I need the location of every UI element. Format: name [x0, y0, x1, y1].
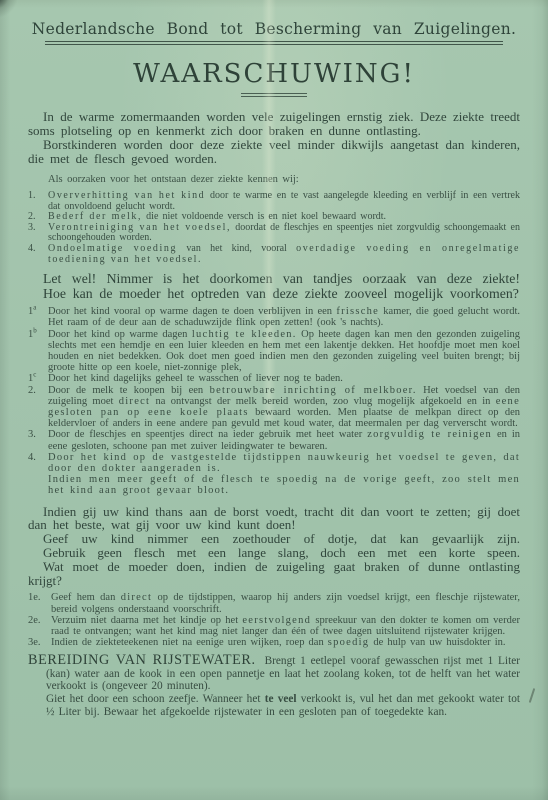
- item-marker: 3e.: [28, 637, 41, 648]
- recipe-text: Giet het door een schoon zeefje. Wanneer…: [46, 693, 265, 705]
- prevention-text: Door het kind vooral op warme dagen te d…: [48, 306, 336, 317]
- step-text: Verzuim niet daarna met het kindje op he…: [51, 615, 242, 626]
- step-emphasis: direct: [121, 592, 152, 603]
- sick-step-item: 2e. Verzuim niet daarna met het kindje o…: [28, 615, 520, 637]
- prevention-emphasis: frissche: [336, 306, 379, 317]
- prevention-item: 1a Door het kind vooral op warme dagen t…: [28, 306, 520, 328]
- recipe-emphasis: te veel: [265, 693, 297, 705]
- item-marker: 1c: [28, 373, 36, 384]
- cause-item: 1. Oververhitting van het kind door te w…: [28, 191, 520, 212]
- cause-text: die niet voldoende versch is en niet koe…: [142, 211, 386, 222]
- advice-paragraph: Gebruik geen flesch met een lange slang,…: [28, 546, 520, 560]
- causes-lead-in: Als oorzaken voor het ontstaan dezer zie…: [28, 174, 520, 186]
- prevention-item: 4. Door het kind op de vastgestelde tijd…: [28, 452, 520, 497]
- item-marker: 1b: [28, 329, 37, 340]
- intro-paragraph: Borstkinderen worden door deze ziekte ve…: [28, 138, 520, 166]
- title-double-rule: [241, 93, 307, 97]
- let-wel-line: Let wel! Nimmer is het doorkomen van tan…: [28, 271, 520, 286]
- advice-section: Indien gij uw kind thans aan de borst vo…: [28, 505, 520, 588]
- page-title: WAARSCHUWING!: [28, 59, 520, 89]
- prevention-text: Door het kind op warme dagen: [48, 329, 192, 340]
- recipe-section: BEREIDING VAN RIJSTEWATER.Brengt 1 eetle…: [28, 654, 520, 717]
- step-text: de hulp van uw huisdokter in.: [369, 637, 505, 648]
- item-marker: 3.: [28, 429, 36, 440]
- intro-section: In de warme zomermaanden worden vele zui…: [28, 110, 520, 166]
- item-marker: 4.: [28, 244, 36, 255]
- cause-item: 3. Verontreiniging van het voedsel, door…: [28, 223, 520, 244]
- sick-step-item: 3e. Indien de ziekteteekenen niet na een…: [28, 637, 520, 648]
- step-emphasis: eerstvolgend: [242, 615, 311, 626]
- cause-emphasis: Bederf der melk,: [48, 211, 142, 222]
- advice-paragraph: Geef uw kind nimmer een zoethouder of do…: [28, 532, 520, 546]
- prevention-item: 1c Door het kind dagelijks geheel te was…: [28, 373, 520, 384]
- sick-step-item: 1e. Geef hem dan direct op de tijdstippe…: [28, 592, 520, 614]
- recipe-heading: BEREIDING VAN RIJSTEWATER.: [28, 652, 256, 668]
- cause-text: van het kind, vooral: [177, 243, 296, 254]
- org-name: Nederlandsche Bond tot Bescherming van Z…: [28, 20, 520, 38]
- prevention-emphasis: Indien men meer geeft of de flesch te sp…: [48, 474, 520, 496]
- item-marker: 2.: [28, 385, 36, 396]
- prevention-question: Hoe kan de moeder het optreden van deze …: [28, 286, 520, 301]
- step-emphasis: spoedig: [328, 637, 369, 648]
- prevention-text: na ontvangst der melk bereid worden, zoo…: [150, 396, 496, 407]
- item-marker: 1e.: [28, 592, 41, 603]
- prevention-text: Door de fleschjes en speentjes direct na…: [48, 429, 367, 440]
- intro-paragraph: In de warme zomermaanden worden vele zui…: [28, 110, 520, 138]
- cause-emphasis: Oververhitting van het kind: [48, 190, 205, 201]
- step-text: Indien de ziekteteekenen niet na eenige …: [51, 637, 328, 648]
- prevention-item: 3. Door de fleschjes en speentjes direct…: [28, 429, 520, 451]
- recipe-paragraph: BEREIDING VAN RIJSTEWATER.Brengt 1 eetle…: [28, 654, 520, 692]
- prevention-emphasis: zorgvuldig te reinigen: [367, 429, 492, 440]
- item-marker: 3.: [28, 223, 36, 234]
- prevention-item: 1b Door het kind op warme dagen luchtig …: [28, 329, 520, 374]
- org-name-double-rule: [45, 41, 503, 45]
- step-text: Geef hem dan: [51, 592, 121, 603]
- page-content: Nederlandsche Bond tot Bescherming van Z…: [0, 0, 548, 718]
- causes-list: 1. Oververhitting van het kind door te w…: [28, 191, 520, 265]
- advice-paragraph: Indien gij uw kind thans aan de borst vo…: [28, 505, 520, 533]
- item-marker: 1a: [28, 306, 36, 317]
- cause-emphasis: Ondoelmatige voeding: [48, 243, 177, 254]
- cause-emphasis: Verontreiniging van het voedsel,: [48, 222, 231, 233]
- prevention-emphasis: direct: [119, 396, 150, 407]
- sick-question: Wat moet de moeder doen, indien de zuige…: [28, 560, 520, 588]
- prevention-text: Door de melk te koopen bij een: [48, 385, 210, 396]
- prevention-item: 2. Door de melk te koopen bij een betrou…: [28, 385, 520, 430]
- masthead: Nederlandsche Bond tot Bescherming van Z…: [28, 20, 520, 97]
- leaflet-page: Nederlandsche Bond tot Bescherming van Z…: [0, 0, 548, 800]
- prevention-text: Door het kind dagelijks geheel te wassch…: [48, 373, 343, 384]
- prevention-emphasis: Door het kind op de vastgestelde tijdsti…: [48, 452, 520, 474]
- prevention-list: 1a Door het kind vooral op warme dagen t…: [28, 306, 520, 496]
- prevention-emphasis: betrouwbare inrichting of melkboer.: [210, 385, 417, 396]
- item-marker: 4.: [28, 452, 36, 463]
- cause-item: 4. Ondoelmatige voeding van het kind, vo…: [28, 244, 520, 265]
- recipe-paragraph: Giet het door een schoon zeefje. Wanneer…: [28, 693, 520, 718]
- item-marker: 1.: [28, 191, 36, 202]
- sick-steps-list: 1e. Geef hem dan direct op de tijdstippe…: [28, 592, 520, 648]
- item-marker: 2e.: [28, 615, 41, 626]
- prevention-emphasis: luchtig te kleeden.: [192, 329, 297, 340]
